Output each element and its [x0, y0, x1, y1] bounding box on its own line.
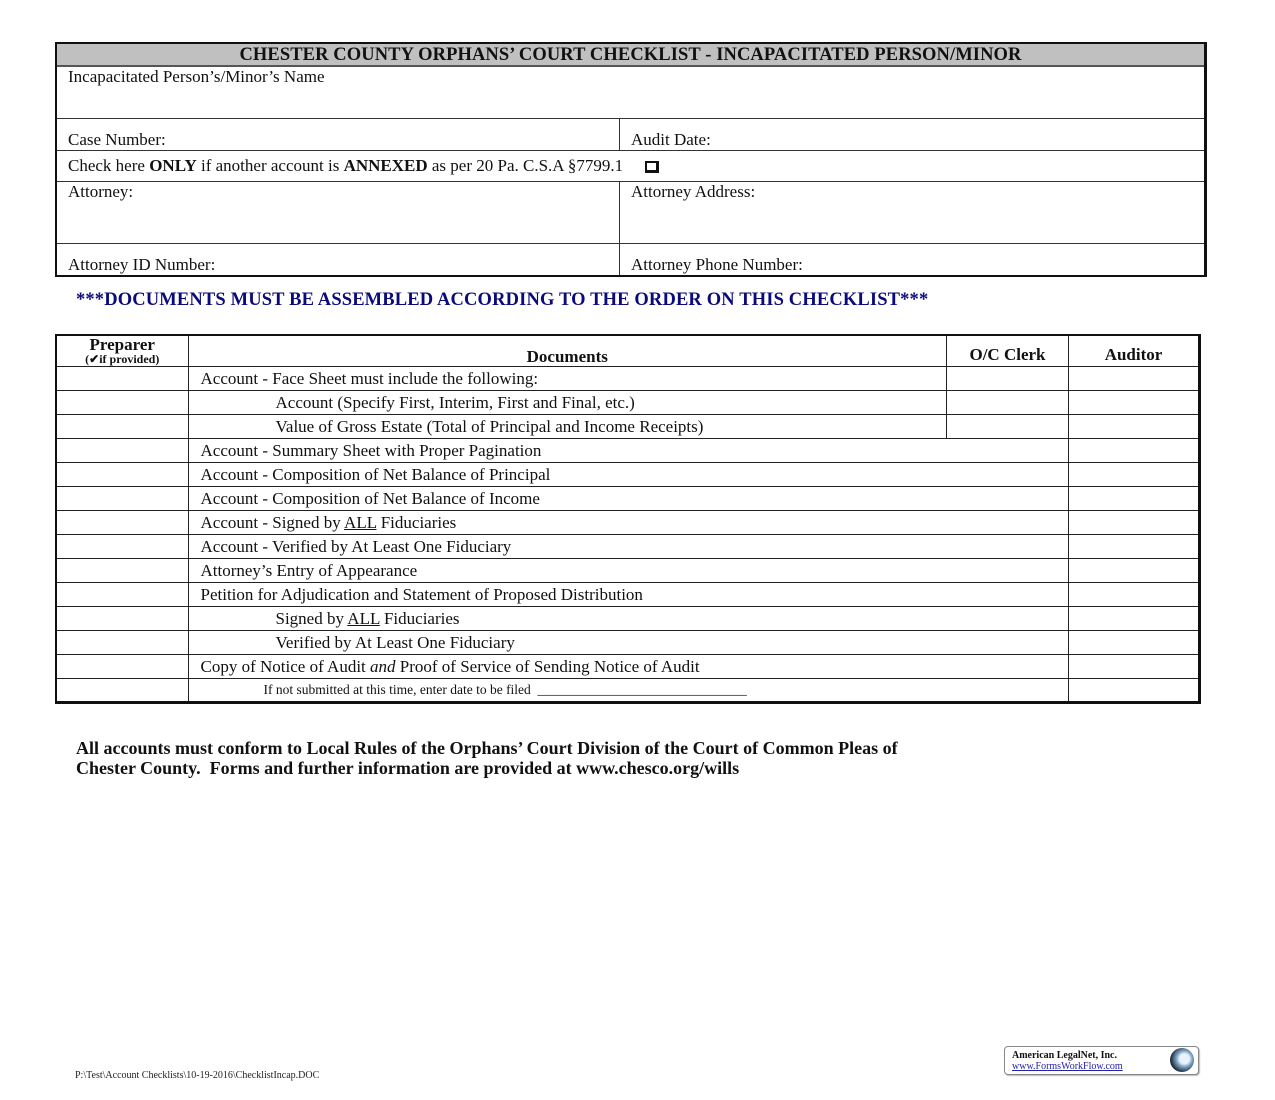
doc-text: Proof of Service of Sending Notice of Au…: [396, 657, 700, 676]
table-row: Petition for Adjudication and Statement …: [56, 583, 1200, 607]
document-item: Account - Composition of Net Balance of …: [188, 463, 1069, 487]
document-item: Verified by At Least One Fiduciary: [188, 631, 1069, 655]
attorney-phone-label: Attorney Phone Number:: [631, 255, 803, 275]
auditor-check-cell[interactable]: [1069, 391, 1200, 415]
document-item: Petition for Adjudication and Statement …: [188, 583, 1069, 607]
name-row: Incapacitated Person’s/Minor’s Name: [57, 67, 1204, 119]
header-preparer: Preparer (✔if provided): [56, 335, 188, 367]
auditor-check-cell[interactable]: [1069, 631, 1200, 655]
oc-clerk-check-cell[interactable]: [947, 415, 1069, 439]
document-item: Account - Verified by At Least One Fiduc…: [188, 535, 1069, 559]
publisher-name: American LegalNet, Inc.: [1012, 1050, 1117, 1061]
globe-logo-icon: [1170, 1048, 1194, 1072]
table-row: Account - Composition of Net Balance of …: [56, 463, 1200, 487]
attorney-id-field[interactable]: Attorney ID Number:: [57, 244, 620, 275]
document-item: Value of Gross Estate (Total of Principa…: [188, 415, 947, 439]
publisher-badge: American LegalNet, Inc. www.FormsWorkFlo…: [1004, 1046, 1199, 1075]
auditor-check-cell[interactable]: [1069, 607, 1200, 631]
name-field[interactable]: Incapacitated Person’s/Minor’s Name: [57, 67, 1204, 118]
document-item: Account - Face Sheet must include the fo…: [188, 367, 947, 391]
annex-text-only: ONLY: [149, 156, 197, 176]
table-row: Account - Verified by At Least One Fiduc…: [56, 535, 1200, 559]
table-row: Verified by At Least One Fiduciary: [56, 631, 1200, 655]
publisher-link[interactable]: www.FormsWorkFlow.com: [1012, 1061, 1123, 1072]
annex-text-annexed: ANNEXED: [344, 156, 428, 176]
annex-text-middle: if another account is: [197, 156, 344, 176]
attorney-field[interactable]: Attorney:: [57, 182, 620, 243]
header-oc-clerk: O/C Clerk: [947, 335, 1069, 367]
attorney-id-row: Attorney ID Number: Attorney Phone Numbe…: [57, 244, 1204, 275]
table-row: Account - Summary Sheet with Proper Pagi…: [56, 439, 1200, 463]
preparer-check-cell[interactable]: [56, 655, 188, 679]
doc-text-emphasis: ALL: [344, 513, 376, 532]
table-row: Account - Signed by ALL Fiduciaries: [56, 511, 1200, 535]
document-item: Attorney’s Entry of Appearance: [188, 559, 1069, 583]
attorney-row: Attorney: Attorney Address:: [57, 182, 1204, 244]
auditor-check-cell[interactable]: [1069, 487, 1200, 511]
doc-text: Copy of Notice of Audit: [201, 657, 371, 676]
preparer-check-cell[interactable]: [56, 631, 188, 655]
header-auditor: Auditor: [1069, 335, 1200, 367]
doc-text-emphasis: and: [370, 657, 396, 676]
doc-text: Fiduciaries: [376, 513, 456, 532]
auditor-check-cell[interactable]: [1069, 559, 1200, 583]
preparer-check-cell[interactable]: [56, 511, 188, 535]
annex-text-prefix: Check here: [68, 156, 149, 176]
table-row: Account (Specify First, Interim, First a…: [56, 391, 1200, 415]
local-rules-note: All accounts must conform to Local Rules…: [76, 738, 1216, 778]
form-title: CHESTER COUNTY ORPHANS’ COURT CHECKLIST …: [57, 44, 1204, 67]
document-item: Account - Signed by ALL Fiduciaries: [188, 511, 1069, 535]
oc-clerk-check-cell[interactable]: [947, 367, 1069, 391]
auditor-check-cell[interactable]: [1069, 511, 1200, 535]
checklist-header-row: Preparer (✔if provided) Documents O/C Cl…: [56, 335, 1200, 367]
table-row: Value of Gross Estate (Total of Principa…: [56, 415, 1200, 439]
preparer-check-cell[interactable]: [56, 391, 188, 415]
document-item: Account (Specify First, Interim, First a…: [188, 391, 947, 415]
auditor-check-cell[interactable]: [1069, 415, 1200, 439]
doc-text: Fiduciaries: [380, 609, 460, 628]
document-item: Copy of Notice of Audit and Proof of Ser…: [188, 655, 1069, 679]
preparer-check-cell[interactable]: [56, 463, 188, 487]
auditor-check-cell[interactable]: [1069, 583, 1200, 607]
attorney-address-field[interactable]: Attorney Address:: [620, 182, 1204, 243]
doc-text-emphasis: ALL: [347, 609, 379, 628]
preparer-check-cell[interactable]: [56, 679, 188, 703]
document-item: Account - Summary Sheet with Proper Pagi…: [188, 439, 1069, 463]
attorney-label: Attorney:: [68, 182, 133, 201]
table-row: Signed by ALL Fiduciaries: [56, 607, 1200, 631]
oc-clerk-check-cell[interactable]: [947, 391, 1069, 415]
table-row: Attorney’s Entry of Appearance: [56, 559, 1200, 583]
date-to-be-filed-field[interactable]: If not submitted at this time, enter dat…: [188, 679, 1069, 703]
preparer-check-cell[interactable]: [56, 439, 188, 463]
doc-text: Signed by: [276, 609, 348, 628]
preparer-check-cell[interactable]: [56, 487, 188, 511]
auditor-check-cell[interactable]: [1069, 535, 1200, 559]
annexed-checkbox[interactable]: [645, 161, 659, 173]
auditor-check-cell[interactable]: [1069, 655, 1200, 679]
header-documents: Documents: [188, 335, 947, 367]
attorney-phone-field[interactable]: Attorney Phone Number:: [620, 244, 1204, 275]
document-file-path: P:\Test\Account Checklists\10-19-2016\Ch…: [75, 1070, 319, 1081]
preparer-check-cell[interactable]: [56, 535, 188, 559]
note-line-1: All accounts must conform to Local Rules…: [76, 738, 1216, 758]
preparer-header-sub: (✔if provided): [57, 352, 188, 366]
document-item: Account - Composition of Net Balance of …: [188, 487, 1069, 511]
case-number-label: Case Number:: [68, 130, 166, 150]
preparer-check-cell[interactable]: [56, 415, 188, 439]
table-row: If not submitted at this time, enter dat…: [56, 679, 1200, 703]
annex-statement: Check here ONLY if another account is AN…: [57, 151, 1204, 181]
preparer-check-cell[interactable]: [56, 559, 188, 583]
document-item: Signed by ALL Fiduciaries: [188, 607, 1069, 631]
auditor-check-cell[interactable]: [1069, 679, 1200, 703]
auditor-check-cell[interactable]: [1069, 439, 1200, 463]
table-row: Account - Face Sheet must include the fo…: [56, 367, 1200, 391]
auditor-check-cell[interactable]: [1069, 463, 1200, 487]
preparer-check-cell[interactable]: [56, 583, 188, 607]
annex-text-suffix: as per 20 Pa. C.S.A §7799.1: [428, 156, 624, 176]
case-info-form: CHESTER COUNTY ORPHANS’ COURT CHECKLIST …: [55, 42, 1207, 277]
annex-row: Check here ONLY if another account is AN…: [57, 151, 1204, 182]
documents-checklist: Preparer (✔if provided) Documents O/C Cl…: [55, 334, 1201, 704]
case-row: Case Number: Audit Date:: [57, 119, 1204, 151]
name-label: Incapacitated Person’s/Minor’s Name: [68, 67, 325, 86]
case-number-field[interactable]: Case Number:: [57, 119, 620, 150]
attorney-id-label: Attorney ID Number:: [68, 255, 215, 275]
assembly-order-banner: ***DOCUMENTS MUST BE ASSEMBLED ACCORDING…: [76, 290, 1236, 311]
auditor-check-cell[interactable]: [1069, 367, 1200, 391]
attorney-address-label: Attorney Address:: [631, 182, 755, 201]
preparer-check-cell[interactable]: [56, 367, 188, 391]
table-row: Account - Composition of Net Balance of …: [56, 487, 1200, 511]
preparer-check-cell[interactable]: [56, 607, 188, 631]
table-row: Copy of Notice of Audit and Proof of Ser…: [56, 655, 1200, 679]
audit-date-field[interactable]: Audit Date:: [620, 119, 1204, 150]
note-line-2: Chester County. Forms and further inform…: [76, 758, 1216, 778]
doc-text: Account - Signed by: [201, 513, 345, 532]
audit-date-label: Audit Date:: [631, 130, 711, 150]
